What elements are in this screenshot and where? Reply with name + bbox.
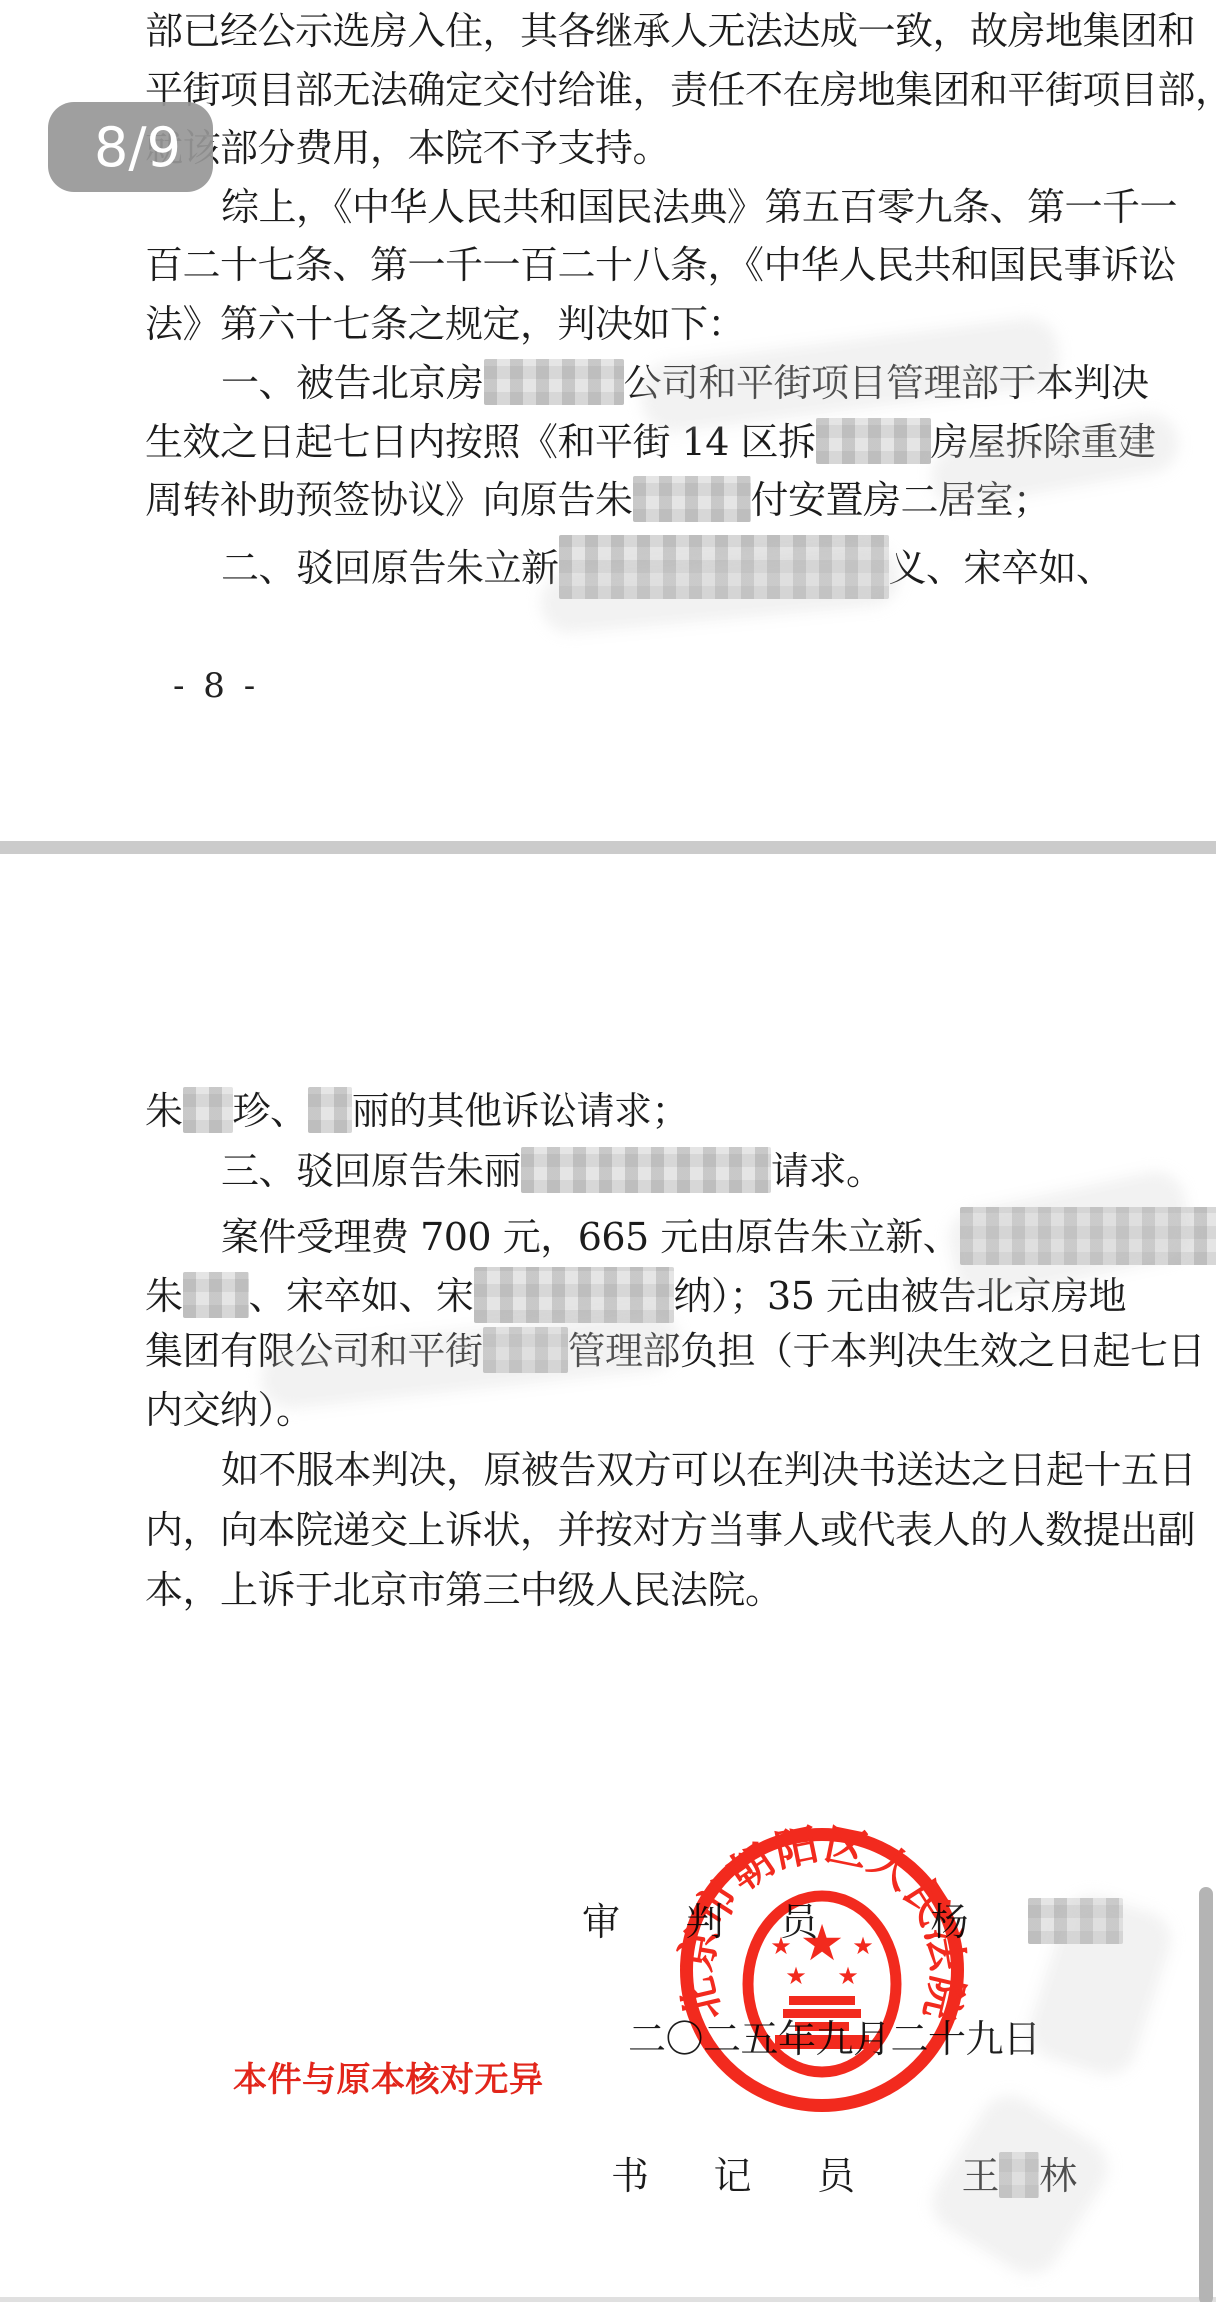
text-run: 林 bbox=[1039, 2154, 1077, 2198]
spacer bbox=[855, 2188, 962, 2189]
text-run: 管理部负担（于本判决生效之日起七日 bbox=[568, 1329, 1206, 1373]
text-run: 二、驳回原告朱立新 bbox=[221, 546, 559, 590]
spacer bbox=[145, 395, 221, 396]
spacer bbox=[968, 1934, 1028, 1935]
text-run: 员 bbox=[817, 2154, 855, 2198]
page-separator bbox=[0, 841, 1216, 854]
spacer bbox=[145, 1249, 221, 1250]
text-run: 朱 bbox=[145, 1274, 183, 1318]
seal-national-emblem: ★ ★ ★ ★ ★ bbox=[748, 1896, 896, 2072]
court-seal-stamp: 北京市朝阳区人民法院 ★ ★ ★ ★ ★ bbox=[672, 1820, 972, 2120]
text-run: 就该部分费用，本院不予支持。 bbox=[145, 126, 670, 170]
redaction-patch bbox=[999, 2152, 1039, 2198]
document-viewer: 部已经公示选房入住，其各继承人无法达成一致，故房地集团和平街项目部无法确定交付给… bbox=[0, 0, 1216, 2302]
page-number-footer: - 8 - bbox=[173, 666, 259, 706]
text-run: 丽的其他诉讼请求； bbox=[352, 1089, 690, 1133]
text-run: 书 bbox=[611, 2154, 649, 2198]
redaction-patch bbox=[183, 1087, 233, 1133]
text-run: 综上，《中华人民共和国民法典》第五百零九条、第一千一 bbox=[221, 185, 1177, 229]
text-run: 部已经公示选房入住，其各继承人无法达成一致，故房地集团和 bbox=[145, 9, 1195, 53]
page-index-badge: 8/9 bbox=[48, 102, 213, 192]
text-run: 三、驳回原告朱丽 bbox=[221, 1149, 521, 1193]
text-line: 百二十七条、第一千一百二十八条，《中华人民共和国民事诉讼 bbox=[145, 242, 1176, 288]
redaction-patch bbox=[521, 1147, 771, 1193]
text-run: 记 bbox=[714, 2154, 752, 2198]
redaction-patch bbox=[559, 535, 889, 599]
text-run: 内，向本院递交上诉状，并按对方当事人或代表人的人数提出副 bbox=[145, 1508, 1195, 1552]
text-line: 朱珍、丽的其他诉讼请求； bbox=[145, 1087, 689, 1134]
text-run: 周转补助预签协议》向原告朱 bbox=[145, 478, 633, 522]
text-line: 书记员王林 bbox=[611, 2152, 1077, 2199]
text-line: 一、被告北京房公司和平街项目管理部于本判决 bbox=[145, 359, 1149, 406]
redaction-patch bbox=[816, 418, 931, 464]
spacer bbox=[145, 1482, 221, 1483]
spacer bbox=[145, 580, 221, 581]
redaction-patch bbox=[183, 1272, 249, 1318]
text-line: 生效之日起七日内按照《和平街 14 区拆房屋拆除重建 bbox=[145, 418, 1156, 465]
text-line: 综上，《中华人民共和国民法典》第五百零九条、第一千一 bbox=[145, 184, 1177, 230]
page-index-label: 8/9 bbox=[94, 116, 181, 179]
text-line: 二、驳回原告朱立新义、宋卒如、 bbox=[145, 535, 1114, 599]
text-line: 朱、宋卒如、宋纳）；35 元由被告北京房地 bbox=[145, 1267, 1126, 1323]
redaction-patch bbox=[633, 476, 751, 522]
redaction-patch bbox=[1028, 1898, 1123, 1944]
text-line: 部已经公示选房入住，其各继承人无法达成一致，故房地集团和 bbox=[145, 8, 1195, 54]
text-line: 就该部分费用，本院不予支持。 bbox=[145, 125, 670, 171]
spacer bbox=[751, 2188, 817, 2189]
text-line: 法》第六十七条之规定，判决如下： bbox=[145, 301, 745, 347]
text-line: 三、驳回原告朱丽请求。 bbox=[145, 1147, 884, 1194]
text-run: 百二十七条、第一千一百二十八条，《中华人民共和国民事诉讼 bbox=[145, 243, 1176, 287]
text-run: 平街项目部无法确定交付给谁，责任不在房地集团和平街项目部， bbox=[145, 68, 1216, 112]
redaction-patch bbox=[484, 359, 624, 405]
svg-text:★: ★ bbox=[785, 1962, 807, 1990]
verify-note: 本件与原本核对无异 bbox=[233, 2052, 544, 2101]
text-run: 生效之日起七日内按照《和平街 14 区拆 bbox=[145, 420, 816, 464]
text-run: 、宋卒如、宋 bbox=[249, 1274, 474, 1318]
svg-text:★: ★ bbox=[852, 1932, 874, 1960]
text-line: 本，上诉于北京市第三中级人民法院。 bbox=[145, 1567, 783, 1613]
text-run: 房屋拆除重建 bbox=[931, 420, 1156, 464]
text-run: 审 bbox=[582, 1900, 620, 1944]
redaction-patch bbox=[308, 1087, 352, 1133]
text-run: 王 bbox=[962, 2154, 1000, 2198]
text-run: 法》第六十七条之规定，判决如下： bbox=[145, 302, 745, 346]
text-run: 付安置房二居室； bbox=[751, 478, 1051, 522]
svg-text:★: ★ bbox=[837, 1962, 859, 1990]
text-line: 集团有限公司和平街管理部负担（于本判决生效之日起七日 bbox=[145, 1327, 1205, 1374]
text-line: 内交纳）。 bbox=[145, 1387, 314, 1433]
spacer bbox=[145, 1183, 221, 1184]
redaction-patch bbox=[483, 1327, 568, 1373]
redaction-patch bbox=[960, 1207, 1216, 1265]
text-run: 纳）；35 元由被告北京房地 bbox=[674, 1274, 1126, 1318]
text-run: 如不服本判决，原被告双方可以在判决书送达之日起十五日 bbox=[221, 1448, 1196, 1492]
text-run: 朱 bbox=[145, 1089, 183, 1133]
text-run: 案件受理费 700 元，665 元由原告朱立新、 bbox=[221, 1215, 960, 1259]
text-line: 平街项目部无法确定交付给谁，责任不在房地集团和平街项目部， bbox=[145, 67, 1216, 113]
spacer bbox=[145, 219, 221, 220]
bottom-page-edge bbox=[0, 2297, 1216, 2302]
text-run: 内交纳）。 bbox=[145, 1388, 314, 1432]
text-line: 内，向本院递交上诉状，并按对方当事人或代表人的人数提出副 bbox=[145, 1507, 1195, 1553]
text-run: 珍、 bbox=[233, 1089, 308, 1133]
text-line: 如不服本判决，原被告双方可以在判决书送达之日起十五日 bbox=[145, 1447, 1196, 1493]
text-line: 周转补助预签协议》向原告朱付安置房二居室； bbox=[145, 476, 1051, 523]
svg-text:★: ★ bbox=[770, 1932, 792, 1960]
scrollbar-thumb[interactable] bbox=[1199, 1887, 1213, 2302]
text-run: 一、被告北京房 bbox=[221, 361, 484, 405]
redaction-patch bbox=[474, 1267, 674, 1323]
text-run: 集团有限公司和平街 bbox=[145, 1329, 483, 1373]
text-run: 本，上诉于北京市第三中级人民法院。 bbox=[145, 1568, 783, 1612]
spacer bbox=[649, 2188, 714, 2189]
text-run: 请求。 bbox=[771, 1149, 884, 1193]
text-run: 义、宋卒如、 bbox=[889, 546, 1114, 590]
text-line: 案件受理费 700 元，665 元由原告朱立新、、 bbox=[145, 1207, 1216, 1265]
text-run: 公司和平街项目管理部于本判决 bbox=[624, 361, 1149, 405]
